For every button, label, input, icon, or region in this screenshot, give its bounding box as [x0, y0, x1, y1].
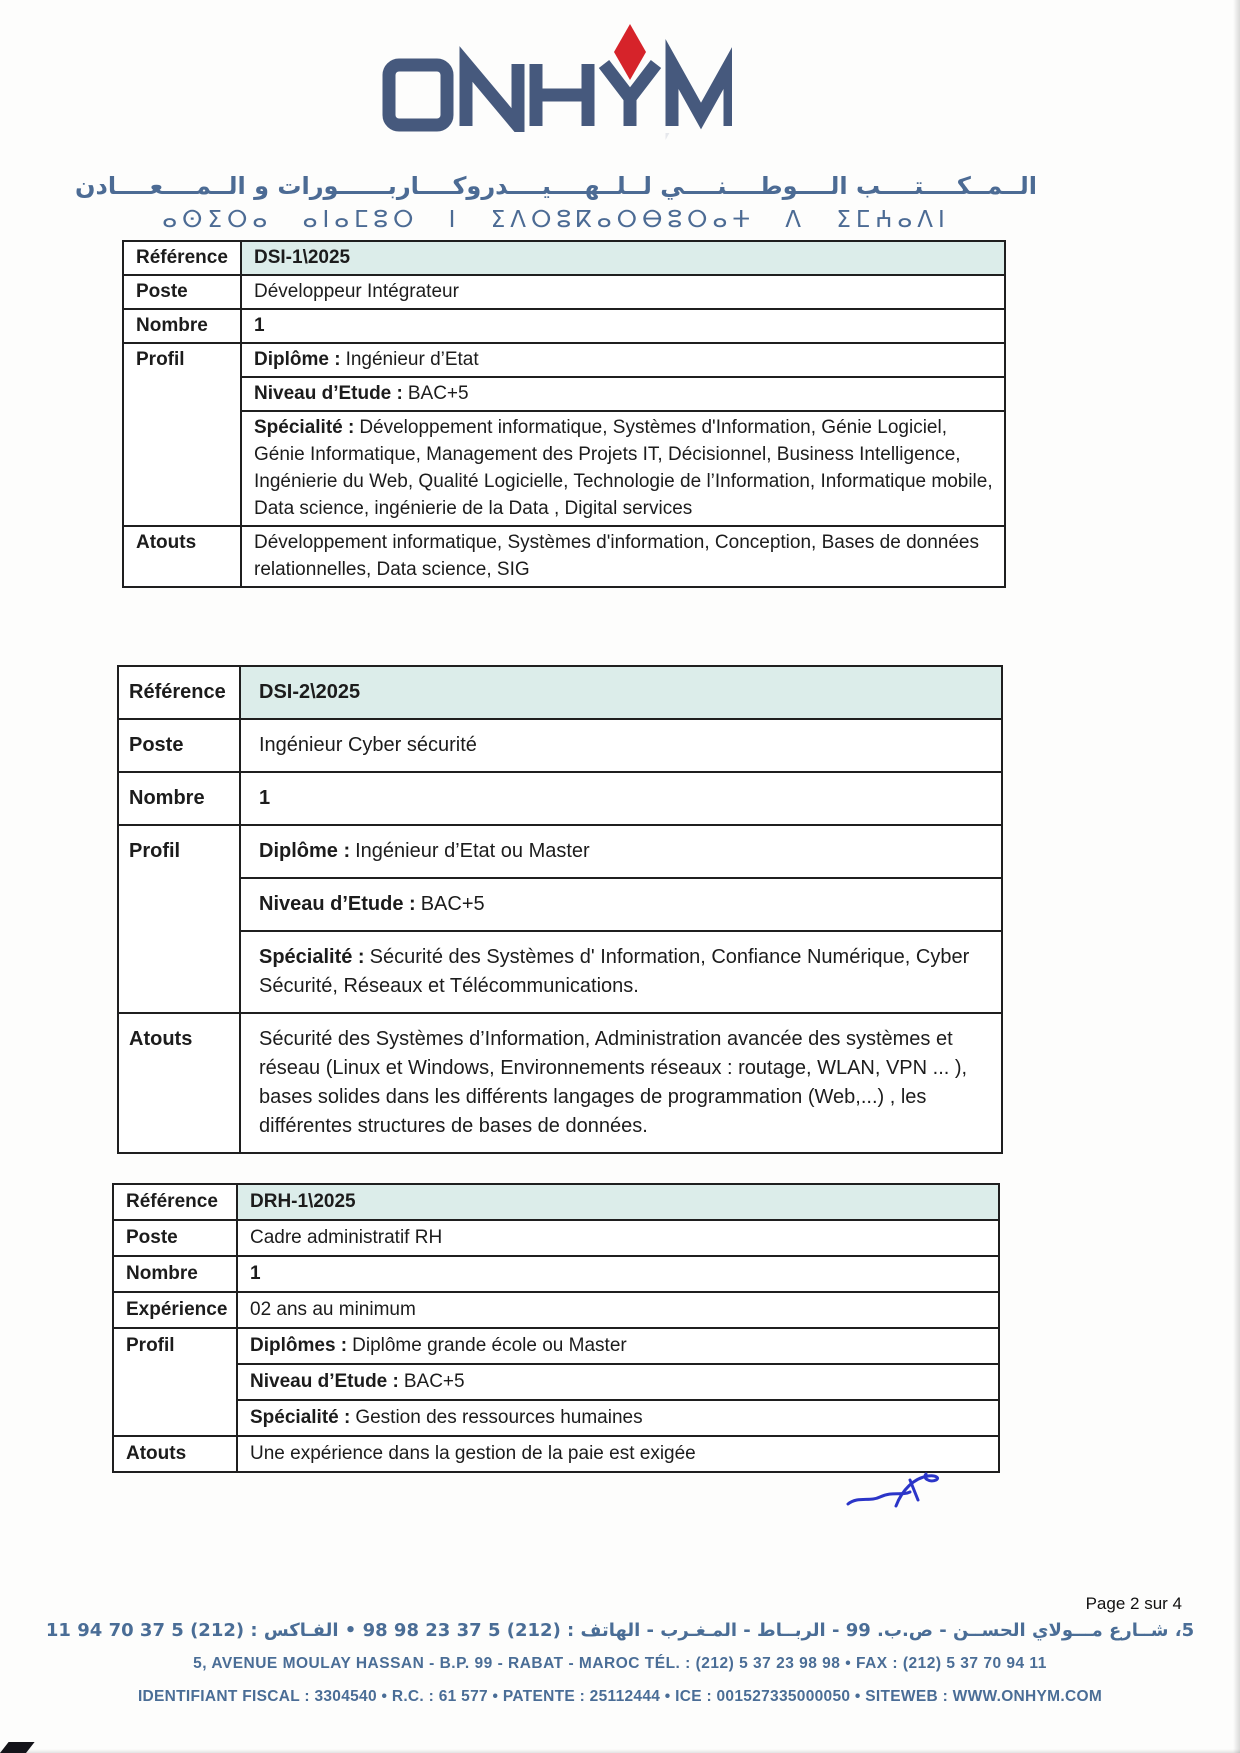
- specialite-cell: Spécialité :Gestion des ressources humai…: [237, 1400, 999, 1436]
- atouts-value: Sécurité des Systèmes d’Information, Adm…: [240, 1013, 1002, 1153]
- table-row: Expérience 02 ans au minimum: [113, 1292, 999, 1328]
- diplome-label: Diplômes :: [250, 1335, 347, 1356]
- table-row: Nombre 1: [118, 772, 1002, 825]
- logo-reflection: [380, 133, 732, 159]
- job-table-drh-1: Référence DRH-1\2025 Poste Cadre adminis…: [112, 1183, 1000, 1473]
- table-row: Référence DSI-2\2025: [118, 666, 1002, 719]
- flame-diamond-icon: [614, 24, 646, 80]
- table-row: Profil Diplôme :Ingénieur d’Etat ou Mast…: [118, 825, 1002, 878]
- table-row: Spécialité :Gestion des ressources humai…: [113, 1400, 999, 1436]
- specialite-value: Développement informatique, Systèmes d'I…: [254, 417, 993, 519]
- nombre-value: 1: [241, 309, 1005, 343]
- nombre-value: 1: [240, 772, 1002, 825]
- poste-label: Poste: [123, 275, 241, 309]
- letter-h: [536, 64, 588, 126]
- diplome-value: Diplôme grande école ou Master: [352, 1335, 627, 1356]
- onhym-logo: [380, 20, 732, 159]
- reference-label: Référence: [123, 241, 241, 275]
- footer-fiscal-info: IDENTIFIANT FISCAL : 3304540 • R.C. : 61…: [0, 1688, 1240, 1706]
- table-row: Atouts Développement informatique, Systè…: [123, 526, 1005, 587]
- document-page: الــمــكــــتــــب الــــوطــــنــــي لـ…: [0, 0, 1240, 1753]
- tifinagh-company-name: ⴰⵙⵉⵔⴰ ⴰⵏⴰⵎⵓⵔ ⵏ ⵉⴷⵔⵓⴽⴰⵔⴱⵓⵔⴰⵜ ⴷ ⵉⵎⵄⴰⴷⵏ: [0, 207, 1112, 233]
- niveau-label: Niveau d’Etude :: [250, 1371, 399, 1392]
- niveau-cell: Niveau d’Etude :BAC+5: [241, 377, 1005, 411]
- page-number: Page 2 sur 4: [1086, 1594, 1182, 1614]
- specialite-label: Spécialité :: [259, 946, 365, 968]
- poste-value: Cadre administratif RH: [237, 1220, 999, 1256]
- diplome-cell: Diplôme :Ingénieur d’Etat: [241, 343, 1005, 377]
- reference-value: DSI-2\2025: [240, 666, 1002, 719]
- table-row: Poste Cadre administratif RH: [113, 1220, 999, 1256]
- scan-bottom-shadow: [0, 1749, 1240, 1753]
- signature-stroke: [896, 1474, 938, 1506]
- niveau-cell: Niveau d’Etude :BAC+5: [240, 878, 1002, 931]
- table-row: Profil Diplômes :Diplôme grande école ou…: [113, 1328, 999, 1364]
- diplome-cell: Diplôme :Ingénieur d’Etat ou Master: [240, 825, 1002, 878]
- footer-address-french: 5, AVENUE MOULAY HASSAN - B.P. 99 - RABA…: [0, 1655, 1240, 1673]
- profil-label: Profil: [123, 343, 241, 526]
- table-row: Spécialité :Sécurité des Systèmes d' Inf…: [118, 931, 1002, 1013]
- nombre-label: Nombre: [123, 309, 241, 343]
- letter-m: [672, 64, 730, 126]
- table-row: Poste Développeur Intégrateur: [123, 275, 1005, 309]
- specialite-label: Spécialité :: [250, 1407, 350, 1428]
- atouts-value: Développement informatique, Systèmes d'i…: [241, 526, 1005, 587]
- specialite-value: Sécurité des Systèmes d' Information, Co…: [259, 946, 969, 997]
- onhym-logo-letters: [380, 20, 732, 132]
- specialite-value: Gestion des ressources humaines: [355, 1407, 642, 1428]
- table-row: Nombre 1: [113, 1256, 999, 1292]
- poste-label: Poste: [113, 1220, 237, 1256]
- atouts-label: Atouts: [113, 1436, 237, 1472]
- reference-value: DRH-1\2025: [237, 1184, 999, 1220]
- diplome-label: Diplôme :: [254, 349, 341, 370]
- nombre-value: 1: [237, 1256, 999, 1292]
- nombre-label: Nombre: [113, 1256, 237, 1292]
- nombre-label: Nombre: [118, 772, 240, 825]
- letter-n: [466, 64, 518, 126]
- atouts-label: Atouts: [123, 526, 241, 587]
- table-row: Nombre 1: [123, 309, 1005, 343]
- diplome-value: Ingénieur d’Etat: [346, 349, 479, 370]
- footer-address-arabic: 5، شــارع مـــولاي الحســن - ص.ب. 99 - ا…: [0, 1620, 1240, 1641]
- atouts-label: Atouts: [118, 1013, 240, 1153]
- profil-label: Profil: [118, 825, 240, 1013]
- niveau-label: Niveau d’Etude :: [259, 893, 416, 915]
- table-row: Spécialité :Développement informatique, …: [123, 411, 1005, 526]
- job-table-dsi-1: Référence DSI-1\2025 Poste Développeur I…: [122, 240, 1006, 588]
- specialite-label: Spécialité :: [254, 417, 354, 438]
- profil-label: Profil: [113, 1328, 237, 1436]
- job-table-dsi-2: Référence DSI-2\2025 Poste Ingénieur Cyb…: [117, 665, 1003, 1154]
- niveau-value: BAC+5: [408, 383, 469, 404]
- niveau-label: Niveau d’Etude :: [254, 383, 403, 404]
- table-row: Niveau d’Etude :BAC+5: [123, 377, 1005, 411]
- handwritten-signature: [840, 1466, 960, 1531]
- diplome-label: Diplôme :: [259, 840, 350, 862]
- reference-value: DSI-1\2025: [241, 241, 1005, 275]
- table-row: Profil Diplôme :Ingénieur d’Etat: [123, 343, 1005, 377]
- reference-label: Référence: [113, 1184, 237, 1220]
- table-row: Référence DRH-1\2025: [113, 1184, 999, 1220]
- poste-value: Ingénieur Cyber sécurité: [240, 719, 1002, 772]
- table-row: Niveau d’Etude :BAC+5: [113, 1364, 999, 1400]
- table-row: Poste Ingénieur Cyber sécurité: [118, 719, 1002, 772]
- letterhead: الــمــكــــتــــب الــــوطــــنــــي لـ…: [0, 20, 1112, 256]
- table-row: Atouts Sécurité des Systèmes d’Informati…: [118, 1013, 1002, 1153]
- scan-edge-shadow: [1233, 0, 1240, 1753]
- niveau-value: BAC+5: [421, 893, 485, 915]
- arabic-company-name: الــمــكــــتــــب الــــوطــــنــــي لـ…: [0, 172, 1112, 200]
- specialite-cell: Spécialité :Développement informatique, …: [241, 411, 1005, 526]
- experience-value: 02 ans au minimum: [237, 1292, 999, 1328]
- reference-label: Référence: [118, 666, 240, 719]
- table-row: Référence DSI-1\2025: [123, 241, 1005, 275]
- niveau-value: BAC+5: [404, 1371, 465, 1392]
- niveau-cell: Niveau d’Etude :BAC+5: [237, 1364, 999, 1400]
- experience-label: Expérience: [113, 1292, 237, 1328]
- letter-o: [389, 65, 447, 125]
- diplome-cell: Diplômes :Diplôme grande école ou Master: [237, 1328, 999, 1364]
- diplome-value: Ingénieur d’Etat ou Master: [355, 840, 590, 862]
- poste-value: Développeur Intégrateur: [241, 275, 1005, 309]
- specialite-cell: Spécialité :Sécurité des Systèmes d' Inf…: [240, 931, 1002, 1013]
- poste-label: Poste: [118, 719, 240, 772]
- table-row: Niveau d’Etude :BAC+5: [118, 878, 1002, 931]
